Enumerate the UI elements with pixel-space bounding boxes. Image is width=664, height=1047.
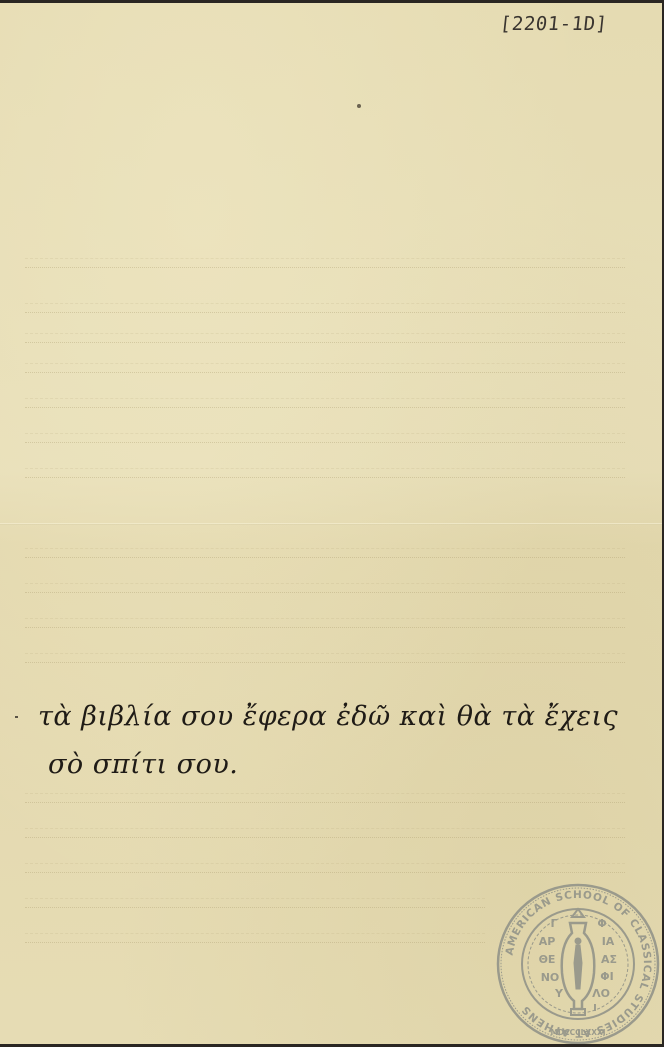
svg-text:ΙΑ: ΙΑ (602, 935, 615, 948)
svg-text:Ι: Ι (593, 1003, 597, 1014)
handwritten-note: τὰ βιβλία σου ἔφερα ἐδῶ καὶ θὰ τὰ ἔχεις … (38, 693, 658, 789)
bleed-through-line (25, 653, 625, 663)
bleed-through-line (25, 398, 625, 408)
bleed-through-line (25, 793, 625, 803)
bleed-through-line (25, 548, 625, 558)
archive-reference-number: [2201-1D] (499, 13, 609, 35)
bleed-through-line (25, 583, 625, 593)
bleed-through-line (25, 363, 625, 373)
svg-text:Υ: Υ (554, 987, 564, 1000)
fold-line (0, 523, 662, 525)
svg-text:ΑΣ: ΑΣ (601, 953, 617, 966)
svg-text:ΦΙ: ΦΙ (600, 970, 613, 983)
bleed-through-line (25, 468, 625, 478)
svg-text:ΛΟ: ΛΟ (592, 987, 610, 1000)
svg-text:ΝΟ: ΝΟ (541, 971, 560, 984)
bleed-through-line (25, 333, 625, 343)
bleed-through-line (25, 828, 625, 838)
bleed-through-line (25, 933, 485, 943)
svg-text:Γ: Γ (550, 917, 557, 930)
svg-text:Φ: Φ (597, 917, 606, 930)
svg-text:ΘΕ: ΘΕ (539, 953, 556, 966)
bleed-through-line (25, 863, 625, 873)
handwritten-line: τὰ βιβλία σου ἔφερα ἐδῶ καὶ θὰ τὰ ἔχεις (38, 693, 658, 741)
svg-text:MDCCCLXXXI: MDCCCLXXXI (550, 1028, 605, 1037)
margin-mark (15, 716, 18, 718)
handwritten-line: σὸ σπίτι σου. (38, 741, 658, 789)
document-page: [2201-1D] τὰ βιβλία σου ἔφερα ἐδῶ καὶ θὰ… (0, 3, 662, 1044)
bleed-through-line (25, 898, 485, 908)
bleed-through-line (25, 303, 625, 313)
institution-seal-icon: Γ ΑΡ ΘΕ ΝΟ Υ Φ ΙΑ ΑΣ ΦΙ ΛΟ Ι AMERICAN SC… (496, 883, 660, 1044)
bleed-through-line (25, 258, 625, 268)
ink-speck (357, 104, 361, 108)
bleed-through-line (25, 618, 625, 628)
svg-text:ΑΡ: ΑΡ (539, 935, 556, 948)
bleed-through-line (25, 433, 625, 443)
